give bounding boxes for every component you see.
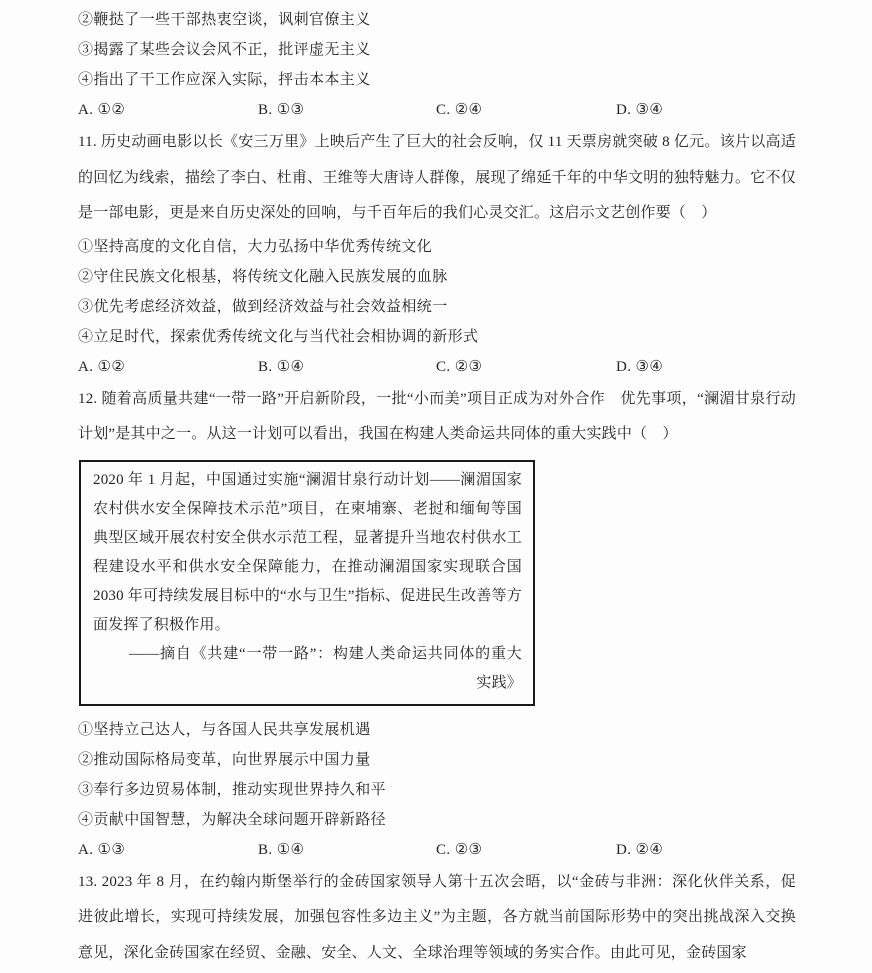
choice-b: B. ①③ xyxy=(258,95,436,125)
exam-document-page: ②鞭挞了一些干部热衷空谈，讽刺官僚主义 ③揭露了某些会议会风不正，批评虚无主义 … xyxy=(0,0,872,973)
statement-item-3: ③奉行多边贸易体制，推动实现世界持久和平 xyxy=(78,775,796,805)
question-13-stem: 13. 2023 年 8 月，在约翰内斯堡举行的金砖国家领导人第十五次会晤，以“… xyxy=(78,865,796,972)
quote-source-citation: ——摘自《共建“一带一路”：构建人类命运共同体的重大实践》 xyxy=(93,640,522,698)
choice-row-q10: A. ①② B. ①③ C. ②④ D. ③④ xyxy=(78,95,796,125)
statement-item-1: ①坚持高度的文化自信，大力弘扬中华优秀传统文化 xyxy=(78,232,796,262)
choice-c: C. ②③ xyxy=(436,352,616,382)
quote-body-text: 2020 年 1 月起，中国通过实施“澜湄甘泉行动计划——澜湄国家农村供水安全保… xyxy=(93,466,522,640)
choice-a: A. ①③ xyxy=(78,835,258,865)
question-11-stem: 11. 历史动画电影以长《安三万里》上映后产生了巨大的社会反响，仅 11 天票房… xyxy=(78,125,796,232)
choice-c: C. ②④ xyxy=(436,95,616,125)
choice-d: D. ③④ xyxy=(616,95,796,125)
statement-item-2: ②鞭挞了一些干部热衷空谈，讽刺官僚主义 xyxy=(78,5,796,35)
statement-item-2: ②守住民族文化根基，将传统文化融入民族发展的血脉 xyxy=(78,262,796,292)
statement-item-4: ④指出了干工作应深入实际，抨击本本主义 xyxy=(78,65,796,95)
choice-d: D. ③④ xyxy=(616,352,796,382)
statement-item-3: ③优先考虑经济效益，做到经济效益与社会效益相统一 xyxy=(78,292,796,322)
question-12: 12. 随着高质量共建“一带一路”开启新阶段，一批“小而美”项目正成为对外合作 … xyxy=(78,382,796,865)
question-10-tail: ②鞭挞了一些干部热衷空谈，讽刺官僚主义 ③揭露了某些会议会风不正，批评虚无主义 … xyxy=(78,5,796,125)
question-13: 13. 2023 年 8 月，在约翰内斯堡举行的金砖国家领导人第十五次会晤，以“… xyxy=(78,865,796,972)
statement-item-1: ①坚持立己达人，与各国人民共享发展机遇 xyxy=(78,715,796,745)
choice-row-q11: A. ①② B. ①④ C. ②③ D. ③④ xyxy=(78,352,796,382)
choice-b: B. ①④ xyxy=(258,352,436,382)
statement-item-4: ④立足时代，探索优秀传统文化与当代社会相协调的新形式 xyxy=(78,322,796,352)
choice-a: A. ①② xyxy=(78,95,258,125)
choice-d: D. ②④ xyxy=(616,835,796,865)
statement-item-3: ③揭露了某些会议会风不正，批评虚无主义 xyxy=(78,35,796,65)
statement-item-4: ④贡献中国智慧，为解决全球问题开辟新路径 xyxy=(78,805,796,835)
choice-b: B. ①④ xyxy=(258,835,436,865)
choice-row-q12: A. ①③ B. ①④ C. ②③ D. ②④ xyxy=(78,835,796,865)
statement-item-2: ②推动国际格局变革，向世界展示中国力量 xyxy=(78,745,796,775)
quote-box: 2020 年 1 月起，中国通过实施“澜湄甘泉行动计划——澜湄国家农村供水安全保… xyxy=(79,460,535,706)
question-11: 11. 历史动画电影以长《安三万里》上映后产生了巨大的社会反响，仅 11 天票房… xyxy=(78,125,796,382)
choice-a: A. ①② xyxy=(78,352,258,382)
choice-c: C. ②③ xyxy=(436,835,616,865)
question-12-stem: 12. 随着高质量共建“一带一路”开启新阶段，一批“小而美”项目正成为对外合作 … xyxy=(78,382,796,453)
